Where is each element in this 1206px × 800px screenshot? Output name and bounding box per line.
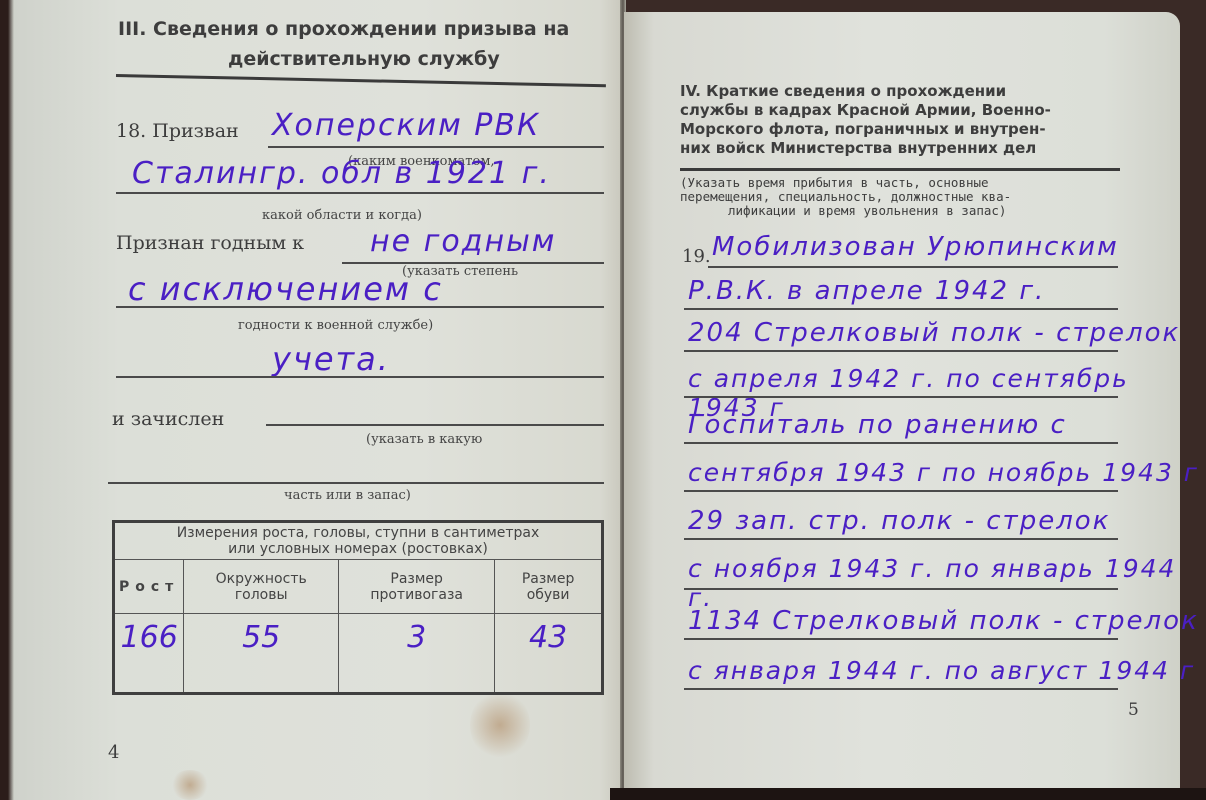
field-18-label: 18. Призван <box>116 120 239 142</box>
section-4-instructions: (Указать время прибытия в часть, основны… <box>680 176 1011 218</box>
value-height: 166 <box>114 614 184 694</box>
entry-rule <box>684 308 1118 310</box>
caption: (указать в какую <box>366 432 482 447</box>
entry-line: 1134 Стрелковый полк - стрелок <box>688 606 1199 636</box>
fitness-value-line2: с исключением с <box>128 270 443 308</box>
entry-line: сентября 1943 г по ноябрь 1943 г <box>688 458 1199 487</box>
value-head: 55 <box>184 614 339 694</box>
measurements-table: Измерения роста, головы, ступни в сантим… <box>112 520 604 695</box>
field-19-label: 19. <box>682 246 711 267</box>
entry-rule <box>684 538 1118 540</box>
entry-rule <box>684 442 1118 444</box>
entry-rule <box>684 588 1118 590</box>
field-rule <box>116 192 604 194</box>
fitness-value-line3: учета. <box>272 340 390 378</box>
entry-line: Госпиталь по ранению с <box>688 410 1067 440</box>
page-number-left: 4 <box>108 742 119 763</box>
field-18-value-line2: Сталингр. обл в 1921 г. <box>132 156 551 191</box>
entry-line: Мобилизован Урюпинским <box>712 232 1119 262</box>
enrolled-label: и зачислен <box>112 408 224 430</box>
field-18-value: Хоперским РВК <box>272 108 540 143</box>
caption: какой области и когда) <box>262 208 422 223</box>
entry-line: с января 1944 г. по август 1944 г <box>688 656 1195 685</box>
field-rule <box>108 482 604 484</box>
section-4-title: IV. Краткие сведения о прохождении служб… <box>680 82 1051 158</box>
caption: часть или в запас) <box>284 488 411 503</box>
value-gasmask: 3 <box>339 614 495 694</box>
title-rule <box>680 168 1120 171</box>
stain <box>470 690 530 760</box>
stain <box>170 770 210 800</box>
header-gasmask: Размер противогаза <box>339 560 495 614</box>
entry-rule <box>684 638 1118 640</box>
section-3-title: III. Сведения о прохождении призыва на <box>118 18 569 40</box>
page-number-right: 5 <box>1128 700 1139 720</box>
field-rule <box>266 424 604 426</box>
caption: годности к военной службе) <box>238 318 433 333</box>
entry-line: 204 Стрелковый полк - стрелок <box>688 318 1180 348</box>
header-head: Окружность головы <box>184 560 339 614</box>
measurements-title: Измерения роста, головы, ступни в сантим… <box>114 522 603 560</box>
header-shoe: Размер обуви <box>495 560 603 614</box>
entry-rule <box>708 266 1118 268</box>
fitness-label: Признан годным к <box>116 232 304 254</box>
entry-line: с ноября 1943 г. по январь 1944 г. <box>688 554 1206 612</box>
value-shoe: 43 <box>495 614 603 694</box>
entry-rule <box>684 688 1118 690</box>
table-surface <box>610 788 1206 800</box>
fitness-value: не годным <box>370 224 556 259</box>
entry-line: Р.В.К. в апреле 1942 г. <box>688 276 1045 306</box>
header-height: Рост <box>114 560 184 614</box>
field-rule <box>116 376 604 378</box>
section-3-title-line2: действительную службу <box>228 48 500 70</box>
field-rule <box>116 306 604 308</box>
entry-rule <box>684 350 1118 352</box>
entry-rule <box>684 490 1118 492</box>
field-rule <box>268 146 604 148</box>
entry-rule <box>684 396 1118 398</box>
entry-line: 29 зап. стр. полк - стрелок <box>688 506 1110 536</box>
